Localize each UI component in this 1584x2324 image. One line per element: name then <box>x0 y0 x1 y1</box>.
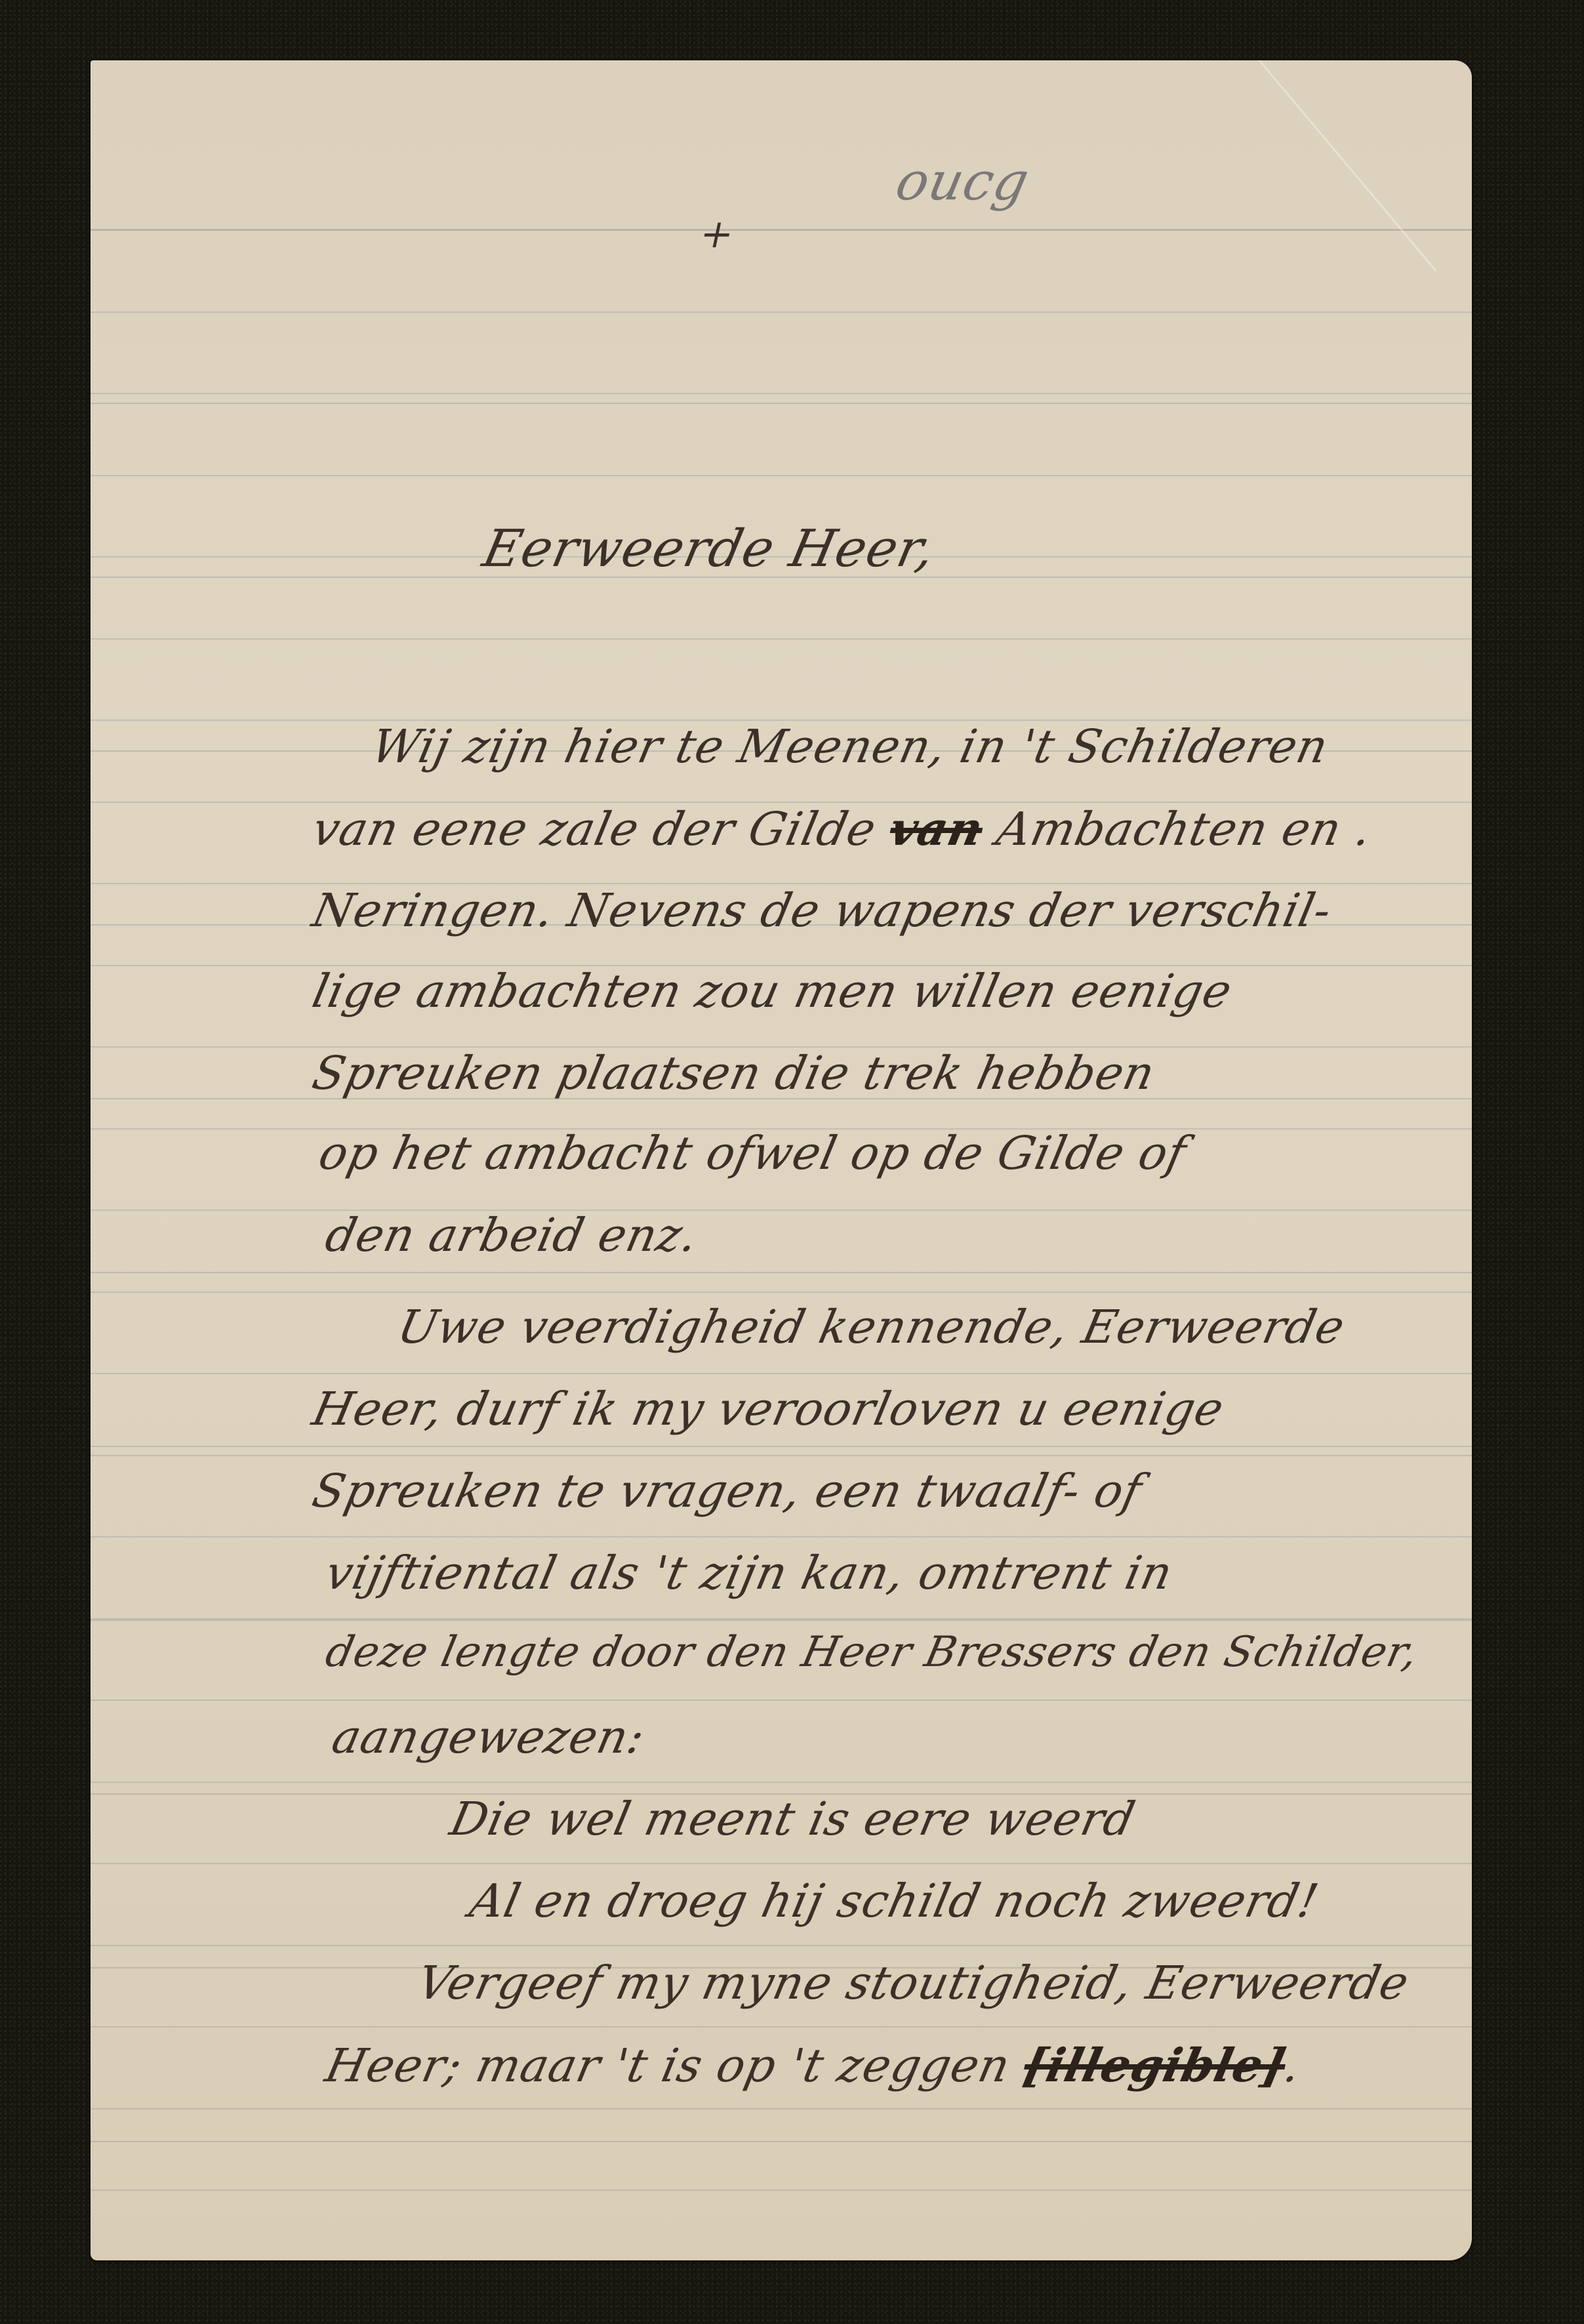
ruled-line <box>91 2108 1472 2110</box>
ruled-line <box>91 638 1472 640</box>
struck-word: [illegible] <box>1019 2038 1291 2092</box>
letter-line-13: aangewezen: <box>327 1710 650 1764</box>
salutation: Eerweerde Heer, <box>477 520 941 579</box>
letter-line-3: Neringen. Nevens de wapens der verschil- <box>308 884 1336 937</box>
ruled-line <box>91 1782 1472 1783</box>
letter-line-14: Vergeef my myne stoutigheid, Eerweerde <box>413 1956 1413 2010</box>
letter-line-2: van eene zale der Gilde van Ambachten en… <box>308 802 1377 856</box>
ruled-line <box>91 312 1472 313</box>
ruled-line <box>91 2026 1472 2028</box>
ruled-line <box>91 1536 1472 1538</box>
cross-mark: + <box>696 211 739 257</box>
letter-line-6: op het ambacht ofwel op de Gilde of <box>314 1126 1191 1180</box>
ruled-line <box>91 1863 1472 1864</box>
ruled-line <box>91 393 1472 394</box>
letter-line-8: Uwe veerdigheid kennende, Eerweerde <box>393 1300 1350 1354</box>
pencil-annotation: oucg <box>891 151 1034 212</box>
letter-page: oucg + Eerweerde Heer, Wij zijn hier te … <box>91 60 1472 2260</box>
ruled-line <box>91 2190 1472 2191</box>
letter-line-9: Heer, durf ik my veroorloven u eenige <box>308 1382 1229 1436</box>
ruled-line <box>91 1618 1472 1620</box>
ruled-line <box>91 1455 1472 1456</box>
struck-word: van <box>885 802 988 856</box>
line-text: van eene zale der Gilde <box>308 802 896 856</box>
ruled-line <box>91 1700 1472 1701</box>
letter-line-7: den arbeid enz. <box>321 1208 703 1262</box>
verse-line-2: Al en droeg hij schild noch zweerd! <box>465 1874 1324 1928</box>
ruled-line <box>91 1373 1472 1374</box>
line-text: Heer; maar 't is op 't zeggen <box>321 2039 1030 2092</box>
letter-line-12: deze lengte door den Heer Bressers den S… <box>321 1628 1423 1677</box>
ruled-line <box>91 1292 1472 1293</box>
verse-line-1: Die wel meent is eere weerd <box>445 1792 1140 1846</box>
letter-line-11: vijftiental als 't zijn kan, omtrent in <box>321 1546 1177 1600</box>
ruled-line <box>91 230 1472 231</box>
line-text-after: Ambachten en . <box>977 802 1377 856</box>
ruled-line <box>91 1210 1472 1211</box>
paper-crease <box>1258 60 1436 272</box>
letter-line-4: lige ambachten zou men willen eenige <box>308 964 1236 1018</box>
letter-line-5: Spreuken plaatsen die trek hebben <box>308 1046 1160 1100</box>
letter-line-10: Spreuken te vragen, een twaalf- of <box>308 1464 1147 1518</box>
ruled-line <box>91 475 1472 476</box>
letter-line-15: Heer; maar 't is op 't zeggen [illegible… <box>321 2038 1307 2092</box>
letter-line-1: Wij zijn hier te Meenen, in 't Schildere… <box>367 720 1333 773</box>
ruled-line <box>91 1945 1472 1946</box>
